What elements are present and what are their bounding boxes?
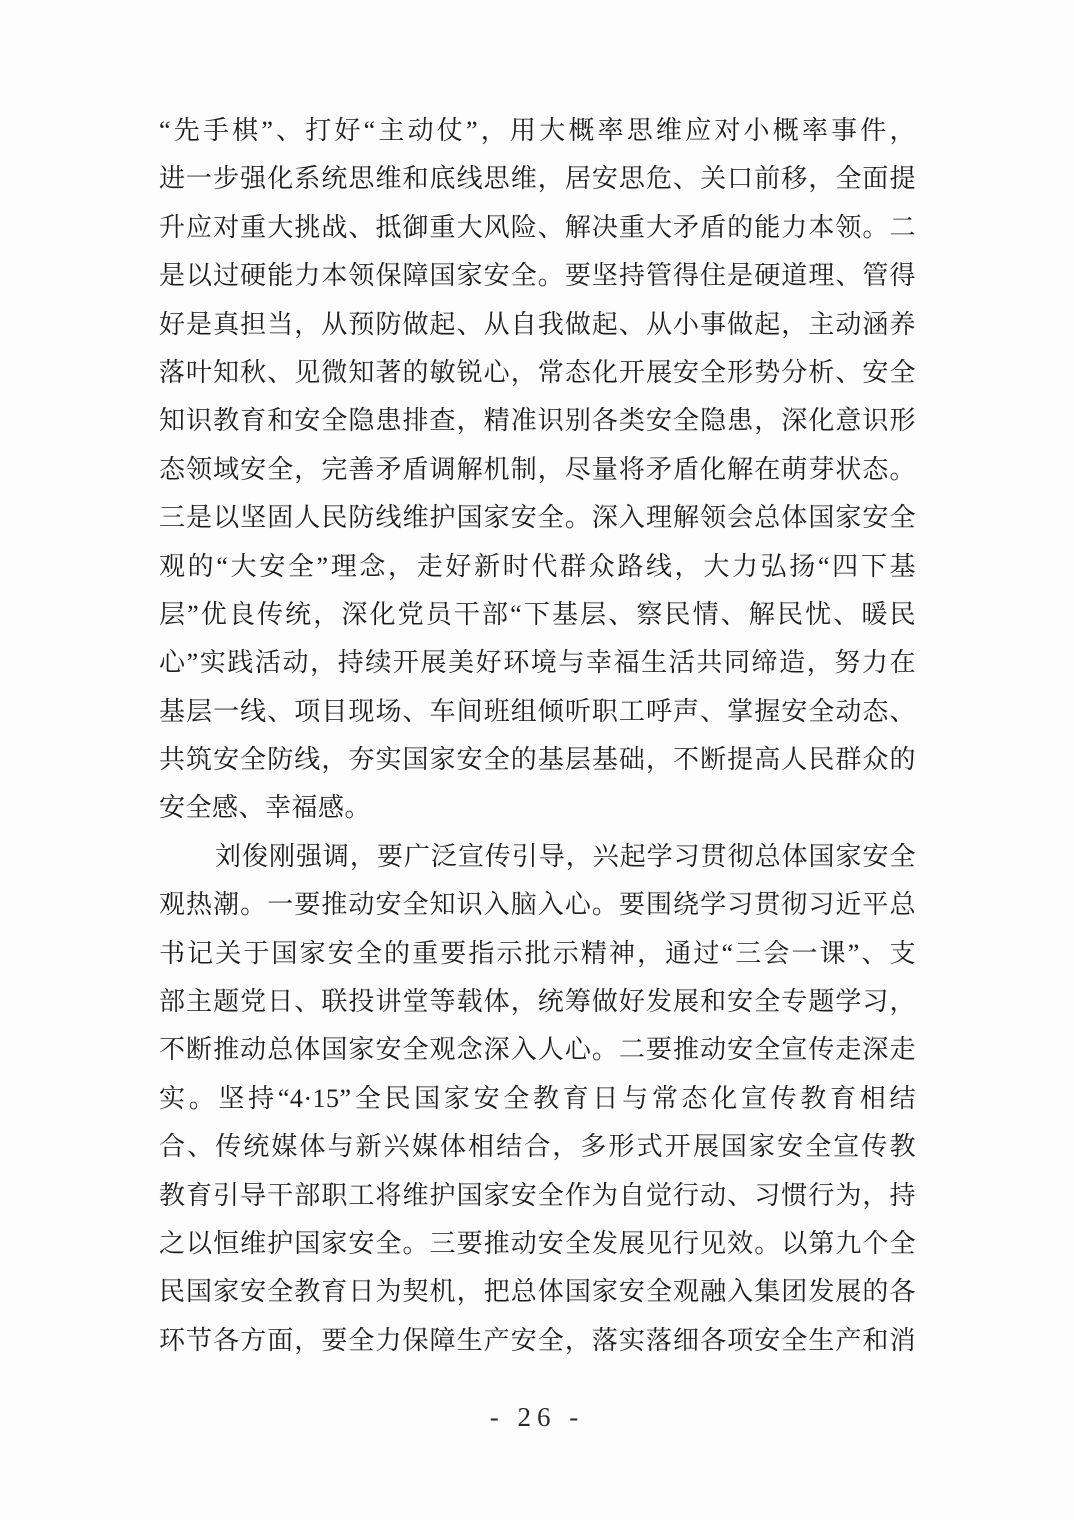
text-line: 部主题党日、联投讲堂等载体，统筹做好发展和安全专题学习， — [159, 978, 916, 1026]
text-line: 心”实践活动，持续开展美好环境与幸福生活共同缔造，努力在 — [159, 639, 916, 687]
text-line: 态领域安全，完善矛盾调解机制，尽量将矛盾化解在萌芽状态。 — [159, 446, 916, 494]
text-line: 实。坚持“4·15”全民国家安全教育日与常态化宣传教育相结 — [159, 1075, 916, 1123]
text-line: 是以过硬能力本领保障国家安全。要坚持管得住是硬道理、管得 — [159, 252, 916, 300]
text-line: 书记关于国家安全的重要指示批示精神，通过“三会一课”、支 — [159, 930, 916, 978]
body-text: “先手棋”、打好“主动仗”，用大概率思维应对小概率事件， 进一步强化系统思维和底… — [159, 107, 916, 1365]
text-line: 民国家安全教育日为契机，把总体国家安全观融入集团发展的各 — [159, 1268, 916, 1316]
text-line: 不断推动总体国家安全观念深入人心。二要推动安全宣传走深走 — [159, 1026, 916, 1074]
text-line-paragraph-end: 安全感、幸福感。 — [159, 784, 916, 832]
text-line: 基层一线、项目现场、车间班组倾听职工呼声、掌握安全动态、 — [159, 688, 916, 736]
text-line: “先手棋”、打好“主动仗”，用大概率思维应对小概率事件， — [159, 107, 916, 155]
text-line: 观的“大安全”理念，走好新时代群众路线，大力弘扬“四下基 — [159, 543, 916, 591]
text-line-paragraph-start: 刘俊刚强调，要广泛宣传引导，兴起学习贯彻总体国家安全 — [159, 833, 916, 881]
text-line: 教育引导干部职工将维护国家安全作为自觉行动、习惯行为，持 — [159, 1172, 916, 1220]
text-line: 进一步强化系统思维和底线思维，居安思危、关口前移，全面提 — [159, 155, 916, 203]
page-number: - 26 - — [0, 1402, 1074, 1433]
text-line: 落叶知秋、见微知著的敏锐心，常态化开展安全形势分析、安全 — [159, 349, 916, 397]
text-line: 三是以坚固人民防线维护国家安全。深入理解领会总体国家安全 — [159, 494, 916, 542]
text-line: 环节各方面，要全力保障生产安全，落实落细各项安全生产和消 — [159, 1317, 916, 1365]
text-line: 层”优良传统，深化党员干部“下基层、察民情、解民忧、暖民 — [159, 591, 916, 639]
text-line: 观热潮。一要推动安全知识入脑入心。要围绕学习贯彻习近平总 — [159, 881, 916, 929]
text-line: 共筑安全防线，夯实国家安全的基层基础，不断提高人民群众的 — [159, 736, 916, 784]
text-line: 知识教育和安全隐患排查，精准识别各类安全隐患，深化意识形 — [159, 397, 916, 445]
text-line: 好是真担当，从预防做起、从自我做起、从小事做起，主动涵养 — [159, 301, 916, 349]
text-line: 合、传统媒体与新兴媒体相结合，多形式开展国家安全宣传教育， — [159, 1123, 916, 1171]
text-line: 升应对重大挑战、抵御重大风险、解决重大矛盾的能力本领。二 — [159, 204, 916, 252]
document-page: “先手棋”、打好“主动仗”，用大概率思维应对小概率事件， 进一步强化系统思维和底… — [0, 0, 1074, 1520]
text-line: 之以恒维护国家安全。三要推动安全发展见行见效。以第九个全 — [159, 1220, 916, 1268]
